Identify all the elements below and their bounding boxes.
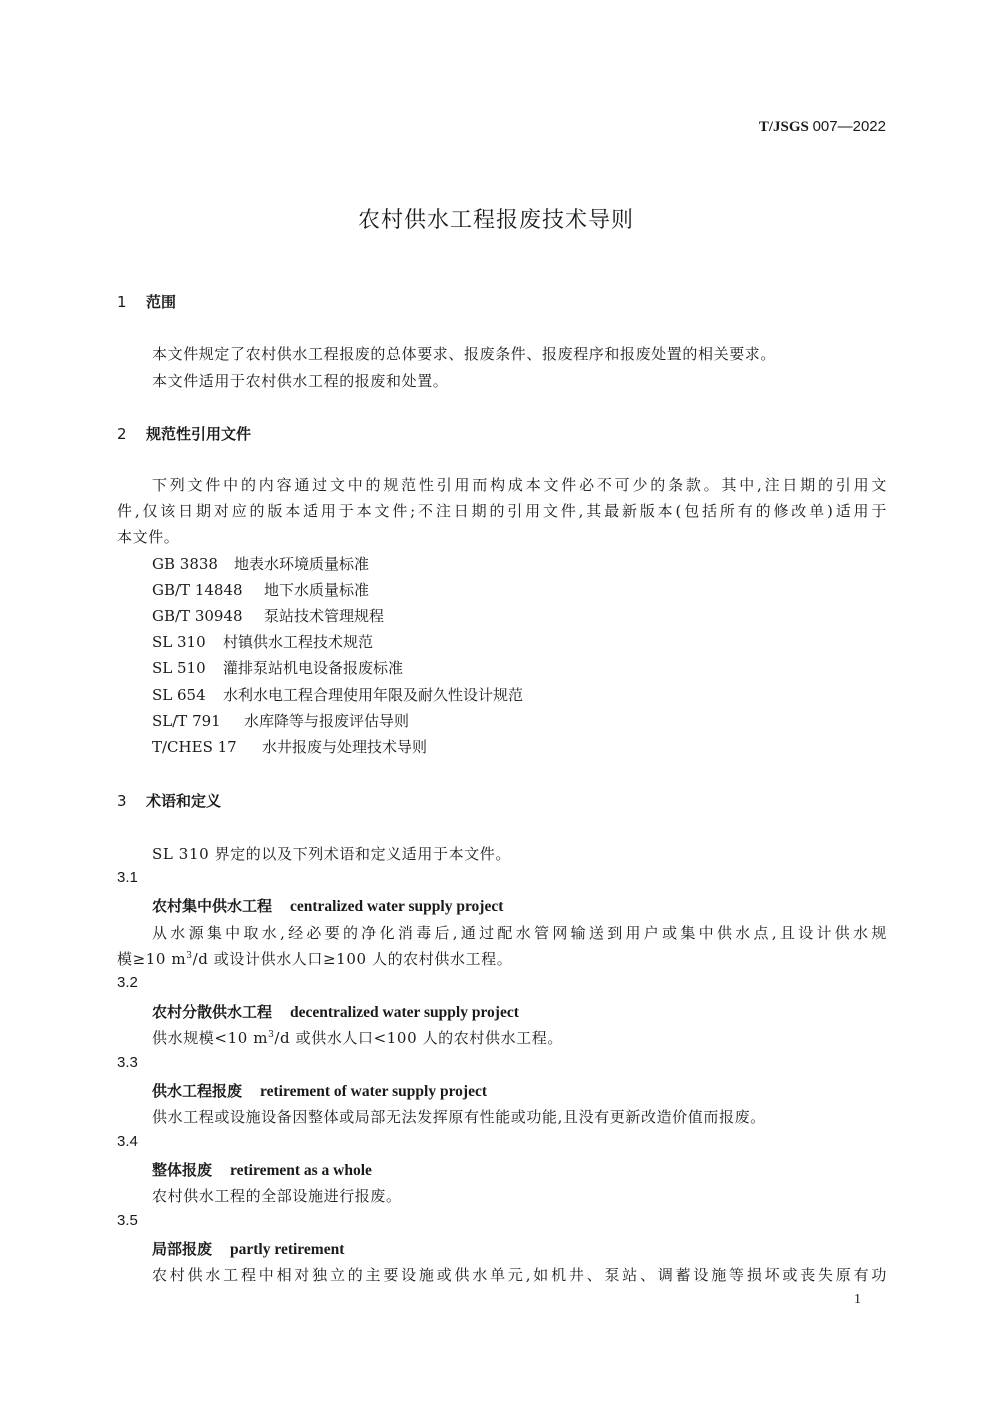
section-heading-scope: 1范围 [117,291,176,312]
term-definition: 供水工程或设施设备因整体或局部无法发挥原有性能或功能,且没有更新改造价值而报废。 [152,1106,766,1127]
term-zh: 农村集中供水工程 [152,897,272,915]
section-title: 术语和定义 [146,792,221,810]
paragraph: 本文件适用于农村供水工程的报废和处置。 [152,370,448,391]
reference-item: T/CHES 17水井报废与处理技术导则 [152,736,427,757]
clause-number: 3.3 [117,1054,138,1071]
definition-text: /d 或供水人口<100 人的农村供水工程。 [274,1029,563,1047]
paragraph-line: 件,仅该日期对应的版本适用于本文件;不注日期的引用文件,其最新版本(包括所有的修… [117,500,887,521]
reference-name: 地下水质量标准 [264,581,369,599]
reference-name: 村镇供水工程技术规范 [223,633,373,651]
term-definition: 供水规模<10 m3/d 或供水人口<100 人的农村供水工程。 [152,1027,563,1048]
paragraph: SL 310 界定的以及下列术语和定义适用于本文件。 [152,843,511,864]
term-heading: 整体报废retirement as a whole [152,1159,372,1180]
term-en: centralized water supply project [290,898,503,915]
definition-text: /d 或设计供水人口≥100 人的农村供水工程。 [193,950,513,968]
document-title: 农村供水工程报废技术导则 [0,203,992,234]
term-definition-line: 农村供水工程中相对独立的主要设施或供水单元,如机井、泵站、调蓄设施等损坏或丧失原… [152,1264,887,1285]
clause-number: 3.5 [117,1212,138,1229]
term-en: retirement of water supply project [260,1083,487,1100]
section-heading-terms-definitions: 3术语和定义 [117,790,221,811]
page-number: 1 [854,1292,861,1308]
paragraph-line: 下列文件中的内容通过文中的规范性引用而构成本文件必不可少的条款。其中,注日期的引… [152,474,887,495]
reference-item: SL 310村镇供水工程技术规范 [152,631,373,652]
reference-item: GB/T 30948泵站技术管理规程 [152,605,384,626]
term-definition-line: 从水源集中取水,经必要的净化消毒后,通过配水管网输送到用户或集中供水点,且设计供… [152,922,887,943]
clause-number: 3.4 [117,1133,138,1150]
term-heading: 农村集中供水工程centralized water supply project [152,895,503,916]
standard-code: T/JSGS 007—2022 [759,118,886,136]
reference-name: 水利水电工程合理使用年限及耐久性设计规范 [223,686,523,704]
section-title: 范围 [146,293,176,311]
term-zh: 局部报废 [152,1240,212,1258]
paragraph-line: 本文件。 [117,526,179,547]
reference-name: 泵站技术管理规程 [264,607,384,625]
reference-code: T/CHES 17 [152,738,262,756]
reference-code: SL 310 [152,633,223,651]
definition-text: 模≥10 m [117,950,186,968]
reference-code: GB 3838 [152,555,234,573]
reference-name: 水库降等与报废评估导则 [244,712,409,730]
term-definition-line: 模≥10 m3/d 或设计供水人口≥100 人的农村供水工程。 [117,948,512,969]
term-en: retirement as a whole [230,1162,372,1179]
reference-name: 灌排泵站机电设备报废标准 [223,659,403,677]
section-title: 规范性引用文件 [146,425,251,443]
reference-item: SL 510灌排泵站机电设备报废标准 [152,657,403,678]
section-heading-normative-references: 2规范性引用文件 [117,423,251,444]
standard-prefix: T/JSGS [759,119,809,135]
reference-item: SL 654水利水电工程合理使用年限及耐久性设计规范 [152,684,523,705]
term-heading: 局部报废partly retirement [152,1238,344,1259]
term-definition: 农村供水工程的全部设施进行报废。 [152,1185,402,1206]
standard-number: 007—2022 [813,118,886,135]
reference-code: GB/T 14848 [152,581,264,599]
reference-name: 水井报废与处理技术导则 [262,738,427,756]
term-en: partly retirement [230,1241,344,1258]
reference-code: SL 654 [152,686,223,704]
clause-number: 3.2 [117,974,138,991]
term-heading: 供水工程报废retirement of water supply project [152,1080,487,1101]
reference-item: GB/T 14848地下水质量标准 [152,579,369,600]
section-number: 2 [117,425,146,443]
reference-item: GB 3838地表水环境质量标准 [152,553,369,574]
term-en: decentralized water supply project [290,1004,519,1021]
clause-number: 3.1 [117,869,138,886]
section-number: 1 [117,293,146,311]
term-zh: 农村分散供水工程 [152,1003,272,1021]
term-zh: 整体报废 [152,1161,212,1179]
paragraph: 本文件规定了农村供水工程报废的总体要求、报废条件、报废程序和报废处置的相关要求。 [152,343,776,364]
term-zh: 供水工程报废 [152,1082,242,1100]
reference-item: SL/T 791水库降等与报废评估导则 [152,710,409,731]
section-number: 3 [117,792,146,810]
reference-code: SL/T 791 [152,712,244,730]
reference-name: 地表水环境质量标准 [234,555,369,573]
term-heading: 农村分散供水工程decentralized water supply proje… [152,1001,519,1022]
reference-code: GB/T 30948 [152,607,264,625]
reference-code: SL 510 [152,659,223,677]
definition-text: 供水规模<10 m [152,1029,268,1047]
